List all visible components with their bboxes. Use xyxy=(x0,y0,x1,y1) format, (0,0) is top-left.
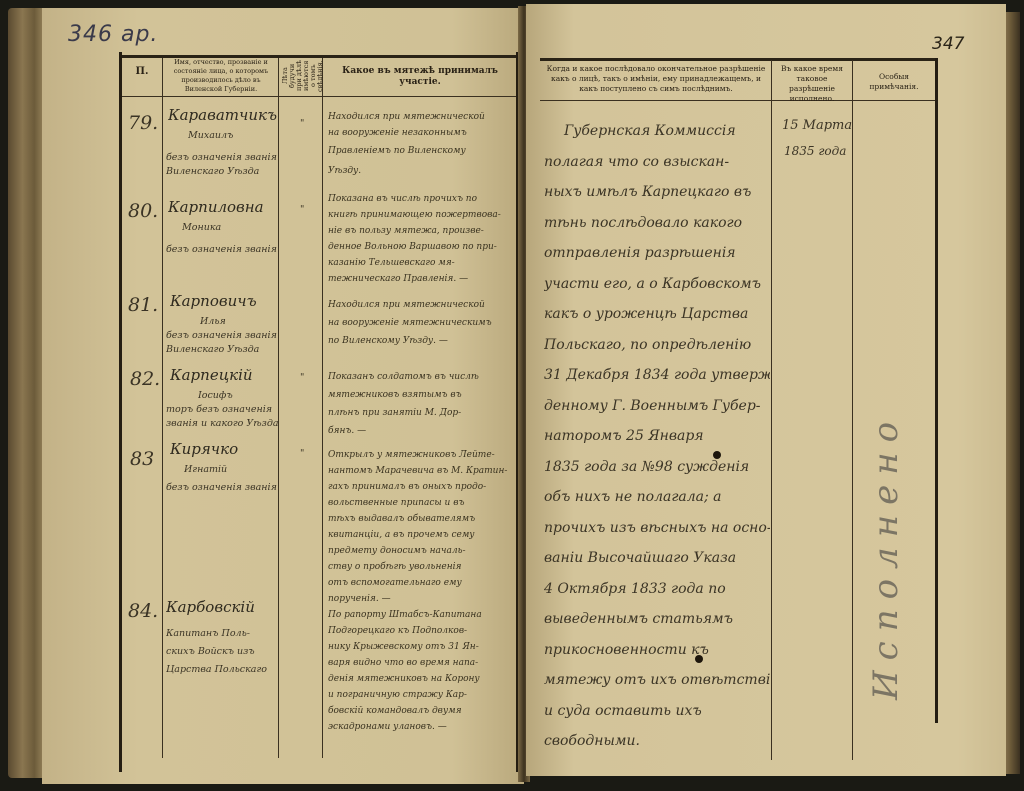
right-outer-border xyxy=(935,58,938,723)
entry-82-participation-4: бянъ. — xyxy=(328,424,514,439)
entry-83-surname: Кирячко xyxy=(170,440,278,458)
entry-82-number: 82. xyxy=(130,368,160,390)
executed-date-day: 15 Марта xyxy=(782,118,852,133)
entry-80-participation-2: книгѣ принимающею пожертвова- xyxy=(328,208,514,223)
entry-84-participation-1: По рапорту Штабсъ-Капитана xyxy=(328,608,514,623)
right-col-divider-2 xyxy=(852,60,853,760)
right-col-divider-1 xyxy=(771,60,772,760)
entry-84-number: 84. xyxy=(128,600,158,622)
entry-82-surname: Карпецкій xyxy=(170,366,278,384)
entry-79-surname: Караватчикъ xyxy=(168,106,278,124)
entry-83-participation-7: предмету доносимъ началь- xyxy=(328,544,514,559)
entry-84-surname: Карбовскій xyxy=(166,598,278,616)
header-executed: Въ какое время таковое разрѣшеніе исполн… xyxy=(774,64,850,104)
header-age: Лѣта будучи при дѣлѣ имѣются о томъ свѣд… xyxy=(282,58,318,94)
entry-80-detail-1: безъ означенія званія xyxy=(166,244,278,255)
executed-date-year: 1835 года xyxy=(784,144,846,158)
entry-82-detail-2: званія и какого Уѣзда xyxy=(166,418,278,429)
entry-84-participation-6: и пограничную стражу Кар- xyxy=(328,688,514,703)
entry-84-detail-1: Капитанъ Поль- xyxy=(166,628,278,639)
header-number: П. xyxy=(124,66,160,77)
entry-83-age-mark: " xyxy=(300,448,304,459)
right-header-bottom-rule xyxy=(540,100,938,101)
entry-81-detail-2: Виленскаго Уѣзда xyxy=(166,344,278,355)
left-col-divider-2 xyxy=(278,58,279,758)
entry-80-age-mark: " xyxy=(300,204,304,215)
left-col-divider-3 xyxy=(322,58,323,758)
entry-81-participation-1: Находился при мятежнической xyxy=(328,298,514,313)
entry-83-participation-6: квитанціи, а въ прочемъ сему xyxy=(328,528,514,543)
entry-81-surname: Карповичъ xyxy=(170,292,278,310)
entry-83-participation-5: тѣхъ выдавалъ обывателямъ xyxy=(328,512,514,527)
entry-80-participation-3: ніе въ пользу мятежа, произве- xyxy=(328,224,514,239)
entry-83-detail-1: безъ означенія званія xyxy=(166,482,278,493)
entry-80-number: 80. xyxy=(128,200,158,222)
paper-hole-1 xyxy=(713,451,721,459)
header-participation: Какое въ мятежѣ принималъ участіе. xyxy=(326,66,514,88)
entry-79-given-name: Михаилъ xyxy=(188,130,233,141)
entry-82-participation-1: Показанъ солдатомъ въ числѣ xyxy=(328,370,514,385)
entry-82-detail-1: торъ безъ означенія xyxy=(166,404,278,415)
entry-82-participation-3: плѣнъ при занятіи М. Дор- xyxy=(328,406,514,421)
entry-84-detail-3: Царства Польскаго xyxy=(166,664,278,675)
notes-pencil-annotation: Исполнено xyxy=(866,140,906,700)
entry-83-given-name: Игнатій xyxy=(184,464,227,475)
entry-83-number: 83 xyxy=(130,448,154,470)
entry-83-participation-2: нантомъ Марачевича въ М. Кратин- xyxy=(328,464,514,479)
left-folio-number: 346 ap. xyxy=(68,22,158,47)
entry-79-participation-4: Уѣзду. xyxy=(328,164,514,179)
left-header-bottom-rule xyxy=(120,96,520,97)
left-col-divider-1 xyxy=(162,58,163,758)
entry-79-participation-2: на вооруженіе незаконнымъ xyxy=(328,126,514,141)
entry-84-participation-3: нику Крыжевскому отъ 31 Ян- xyxy=(328,640,514,655)
entry-80-participation-5: казанію Тельшевскаго мя- xyxy=(328,256,514,271)
entry-84-participation-5: денія мятежниковъ на Корону xyxy=(328,672,514,687)
resolution-text-block: Губернская Коммиссія полагая что со взыс… xyxy=(544,112,770,761)
entry-83-participation-1: Открылъ у мятежниковъ Лейте- xyxy=(328,448,514,463)
book-spread: 346 ap. П. Имя, отчество, прозваніе и со… xyxy=(0,0,1024,791)
entry-83-participation-4: вольственные припасы и въ xyxy=(328,496,514,511)
entry-82-given-name: Іосифъ xyxy=(198,390,233,401)
entry-80-participation-6: тежническаго Правленія. — xyxy=(328,272,514,287)
entry-79-detail-2: Виленскаго Уѣзда xyxy=(166,166,278,177)
entry-82-age-mark: " xyxy=(300,372,304,383)
entry-84-participation-8: эскадронами улановъ. — xyxy=(328,720,514,735)
right-folio-number: 347 xyxy=(932,34,964,54)
entry-84-participation-4: варя видно что во время напа- xyxy=(328,656,514,671)
entry-81-number: 81. xyxy=(128,294,158,316)
paper-hole-2 xyxy=(695,655,703,663)
entry-79-participation-3: Правленіемъ по Виленскому xyxy=(328,144,514,159)
entry-83-participation-8: ству о пробѣгѣ увольненія xyxy=(328,560,514,575)
entry-79-detail-1: безъ означенія званія xyxy=(166,152,278,163)
entry-79-participation-1: Находился при мятежнической xyxy=(328,110,514,125)
entry-81-given-name: Илья xyxy=(200,316,226,327)
entry-80-surname: Карпиловна xyxy=(168,198,278,216)
right-header-top-rule xyxy=(540,58,938,61)
entry-84-detail-2: скихъ Войскъ изъ xyxy=(166,646,278,657)
header-notes: Особыя примѣчанія. xyxy=(854,72,934,92)
entry-83-participation-3: гахъ принималъ въ оныхъ продо- xyxy=(328,480,514,495)
entry-80-participation-1: Показана въ числѣ прочихъ по xyxy=(328,192,514,207)
entry-79-age-mark: " xyxy=(300,118,304,129)
entry-81-detail-1: безъ означенія званія xyxy=(166,330,278,341)
entry-84-participation-7: бовскій командовалъ двумя xyxy=(328,704,514,719)
entry-81-participation-3: по Виленскому Уѣзду. — xyxy=(328,334,514,349)
resolution-line-21: свободными. xyxy=(544,722,770,761)
entry-79-number: 79. xyxy=(128,112,158,134)
entry-80-participation-4: денное Вольною Варшавою по при- xyxy=(328,240,514,255)
left-outer-border xyxy=(119,52,122,772)
header-resolution: Когда и какое послѣдовало окончательное … xyxy=(542,64,770,94)
header-name: Имя, отчество, прозваніе и состояніе лиц… xyxy=(165,58,277,94)
entry-83-participation-10: порученія. — xyxy=(328,592,514,607)
entry-84-participation-2: Подгорецкаго къ Подполков- xyxy=(328,624,514,639)
entry-81-participation-2: на вооруженіе мятежническимъ xyxy=(328,316,514,331)
entry-83-participation-9: отъ вспомогательнаго ему xyxy=(328,576,514,591)
entry-80-given-name: Моника xyxy=(182,222,221,233)
entry-82-participation-2: мятежниковъ взятымъ въ xyxy=(328,388,514,403)
